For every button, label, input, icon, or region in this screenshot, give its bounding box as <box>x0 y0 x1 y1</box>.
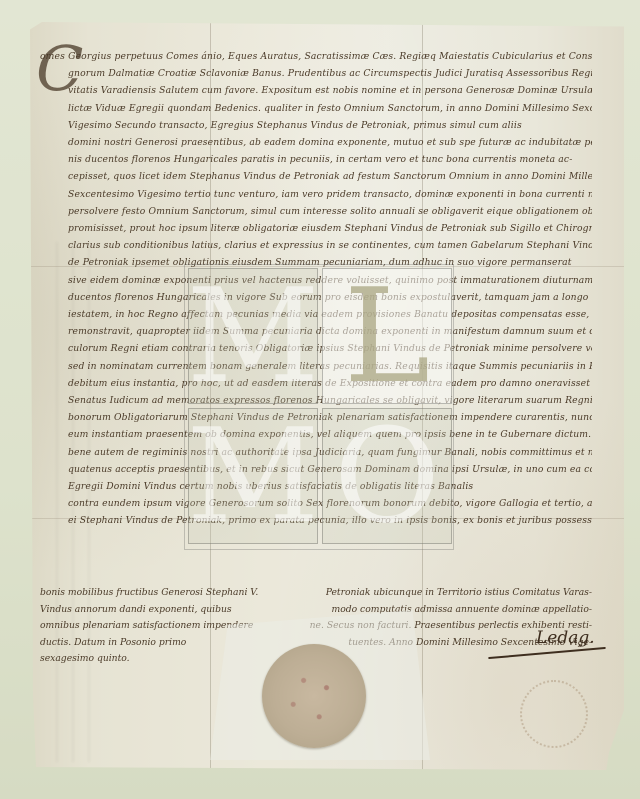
text-line: omes Georgius perpetuus Comes ánio, Eque… <box>40 48 592 65</box>
text-line: bene autem de regiminis nostri ac author… <box>40 444 592 461</box>
wax-seal <box>262 644 366 748</box>
text-line: vitatis Varadiensis Salutem cum favore. … <box>40 82 592 99</box>
text-line: contra eundem ipsum vigore Generosorum s… <box>40 495 592 512</box>
closing-left: sexagesimo quinto. <box>40 651 130 668</box>
text-line: quatenus acceptis praesentibus, et in re… <box>40 461 592 478</box>
text-line: Senatus Iudicum ad memoratos expressos f… <box>40 392 592 409</box>
text-line: promisisset, prout hoc ipsum literæ obli… <box>40 220 592 237</box>
text-line: gnorum Dalmatiæ Croatiæ Sclavoniæ Banus.… <box>40 65 592 82</box>
text-line: ei Stephani Vindus de Petroniak, primo e… <box>40 512 592 529</box>
text-line: de Petroniak ipsemet obligationis eiusde… <box>40 254 592 271</box>
text-line: sed in nominatam currentem bonam general… <box>40 358 592 375</box>
closing-row: bonis mobilibus fructibus Generosi Steph… <box>40 585 592 602</box>
text-line: eum instantiam praesentem ob domina expo… <box>40 426 592 443</box>
text-line: ducentos florenos Hungaricales in vigore… <box>40 289 592 306</box>
text-line: sive eidem dominæ exponenti prius vel ha… <box>40 272 592 289</box>
text-line: Vigesimo Secundo transacto, Egregius Ste… <box>40 117 592 134</box>
closing-left: bonis mobilibus fructibus Generosi Steph… <box>40 585 258 602</box>
closing-left: omnibus plenariam satisfactionem impende… <box>40 618 253 635</box>
text-line: culorum Regni etiam contraria tenoris Ob… <box>40 340 592 357</box>
text-line: cepisset, quos licet idem Stephanus Vind… <box>40 168 592 185</box>
manuscript-body: C omes Georgius perpetuus Comes ánio, Eq… <box>40 48 592 530</box>
text-line: persolvere festo Omnium Sanctorum, simul… <box>40 203 592 220</box>
closing-left: ductis. Datum in Posonio primo <box>40 635 186 652</box>
closing-row: Vindus annorum dandi exponenti, quibus m… <box>40 602 592 619</box>
seal-imprint-trace <box>520 680 588 748</box>
text-line: debitum eius instantia, pro hoc, ut ad e… <box>40 375 592 392</box>
text-line: Sexcentesimo Vigesimo tertio tunc ventur… <box>40 186 592 203</box>
decorated-initial: C <box>36 38 84 100</box>
text-line: iestatem, in hoc Regno affectam pecunias… <box>40 306 592 323</box>
text-line: lictæ Viduæ Egregii quondam Bedenics. qu… <box>40 100 592 117</box>
signature: Ledag. <box>536 628 595 648</box>
text-line: remonstravit, quapropter iidem Summa pec… <box>40 323 592 340</box>
text-line: bonorum Obligatoriarum Stephani Vindus d… <box>40 409 592 426</box>
text-line: Egregii Domini Vindus certum nobis uberi… <box>40 478 592 495</box>
closing-left: Vindus annorum dandi exponenti, quibus <box>40 602 232 619</box>
closing-right: Petroniak ubicunque in Territorio istius… <box>326 585 592 602</box>
text-line: nis ducentos florenos Hungaricales parat… <box>40 151 592 168</box>
text-line: clarius sub conditionibus latius, clariu… <box>40 237 592 254</box>
text-line: domini nostri Generosi praesentibus, ab … <box>40 134 592 151</box>
